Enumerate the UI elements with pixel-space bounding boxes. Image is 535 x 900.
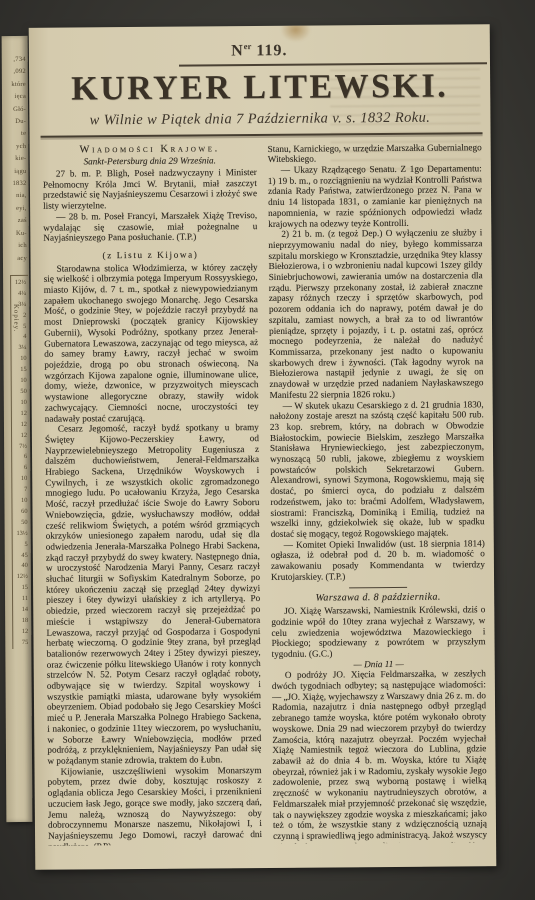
article-paragraph: 2) 21 b. m. (z tegoż Dep.) O wyłączeniu … [268,228,483,401]
article-paragraph: Kijowianie, uszczęśliwieni wysokim Monar… [48,765,263,846]
article-paragraph: — Ukazy Rządzącego Senatu. Z 1go Departa… [268,163,482,229]
adjacent-page-table-label: Kopiey. [12,304,19,332]
article-paragraph: JO. Xiążę Warszawski, Namiestnik Królews… [271,604,485,659]
newspaper-page: Ner 119. KURYER LITEWSKI. w Wilnie w Pią… [29,24,497,870]
section-divider-rule [349,587,407,588]
section-dateline-petersburg: Sankt-Petersburg dnia 29 Września. [43,155,257,167]
article-paragraph: Stanu, Karnickiego, w urzędzie Marszałka… [268,142,482,165]
article-paragraph: 27 b. m. P. Bligh, Poseł nadzwyczayny i … [43,167,257,211]
left-column: Wiadomości Krajowe. Sankt-Petersburg dni… [43,144,262,846]
section-dateline-warszawa: Warszawa d. 8 października. [271,593,485,605]
right-column: Stanu, Karnickiego, w urzędzie Marszałka… [268,142,487,844]
paper-stain [281,24,311,42]
article-paragraph: — 28 b. m. Poseł Francyi, Marszałek Xiąż… [43,210,257,244]
issue-superscript: er [244,41,252,51]
article-paragraph: Cesarz Jegomość, raczył bydź spotkany u … [45,422,262,766]
article-paragraph: — W skutek ukazu Cesarskiego z d. 21 gru… [270,399,485,540]
subsection-title-kijow-letter: (z Listu z Kijowa) [43,249,257,261]
article-paragraph: Starodawna stolica Włodzimierza, w które… [44,262,259,424]
section-title-domestic-news: Wiadomości Krajowe. [43,144,257,156]
adjacent-page-text-fragments: ,734 ,092 które ięca Głó- Du- te ych kie… [2,36,29,265]
article-paragraph: — Komitet Opieki Inwalidów (ust. 18 sier… [271,538,485,582]
adjacent-page-edge: ,734 ,092 które ięca Głó- Du- te ych kie… [2,36,33,822]
article-paragraph: O podróży JO. Xięcia Feldmarszałka, w ze… [272,669,487,844]
article-columns: Wiadomości Krajowe. Sankt-Petersburg dni… [30,134,497,846]
issue-number-line: Ner 119. [29,39,490,62]
issue-prefix: N [231,42,244,59]
issue-number: 119. [256,42,287,59]
